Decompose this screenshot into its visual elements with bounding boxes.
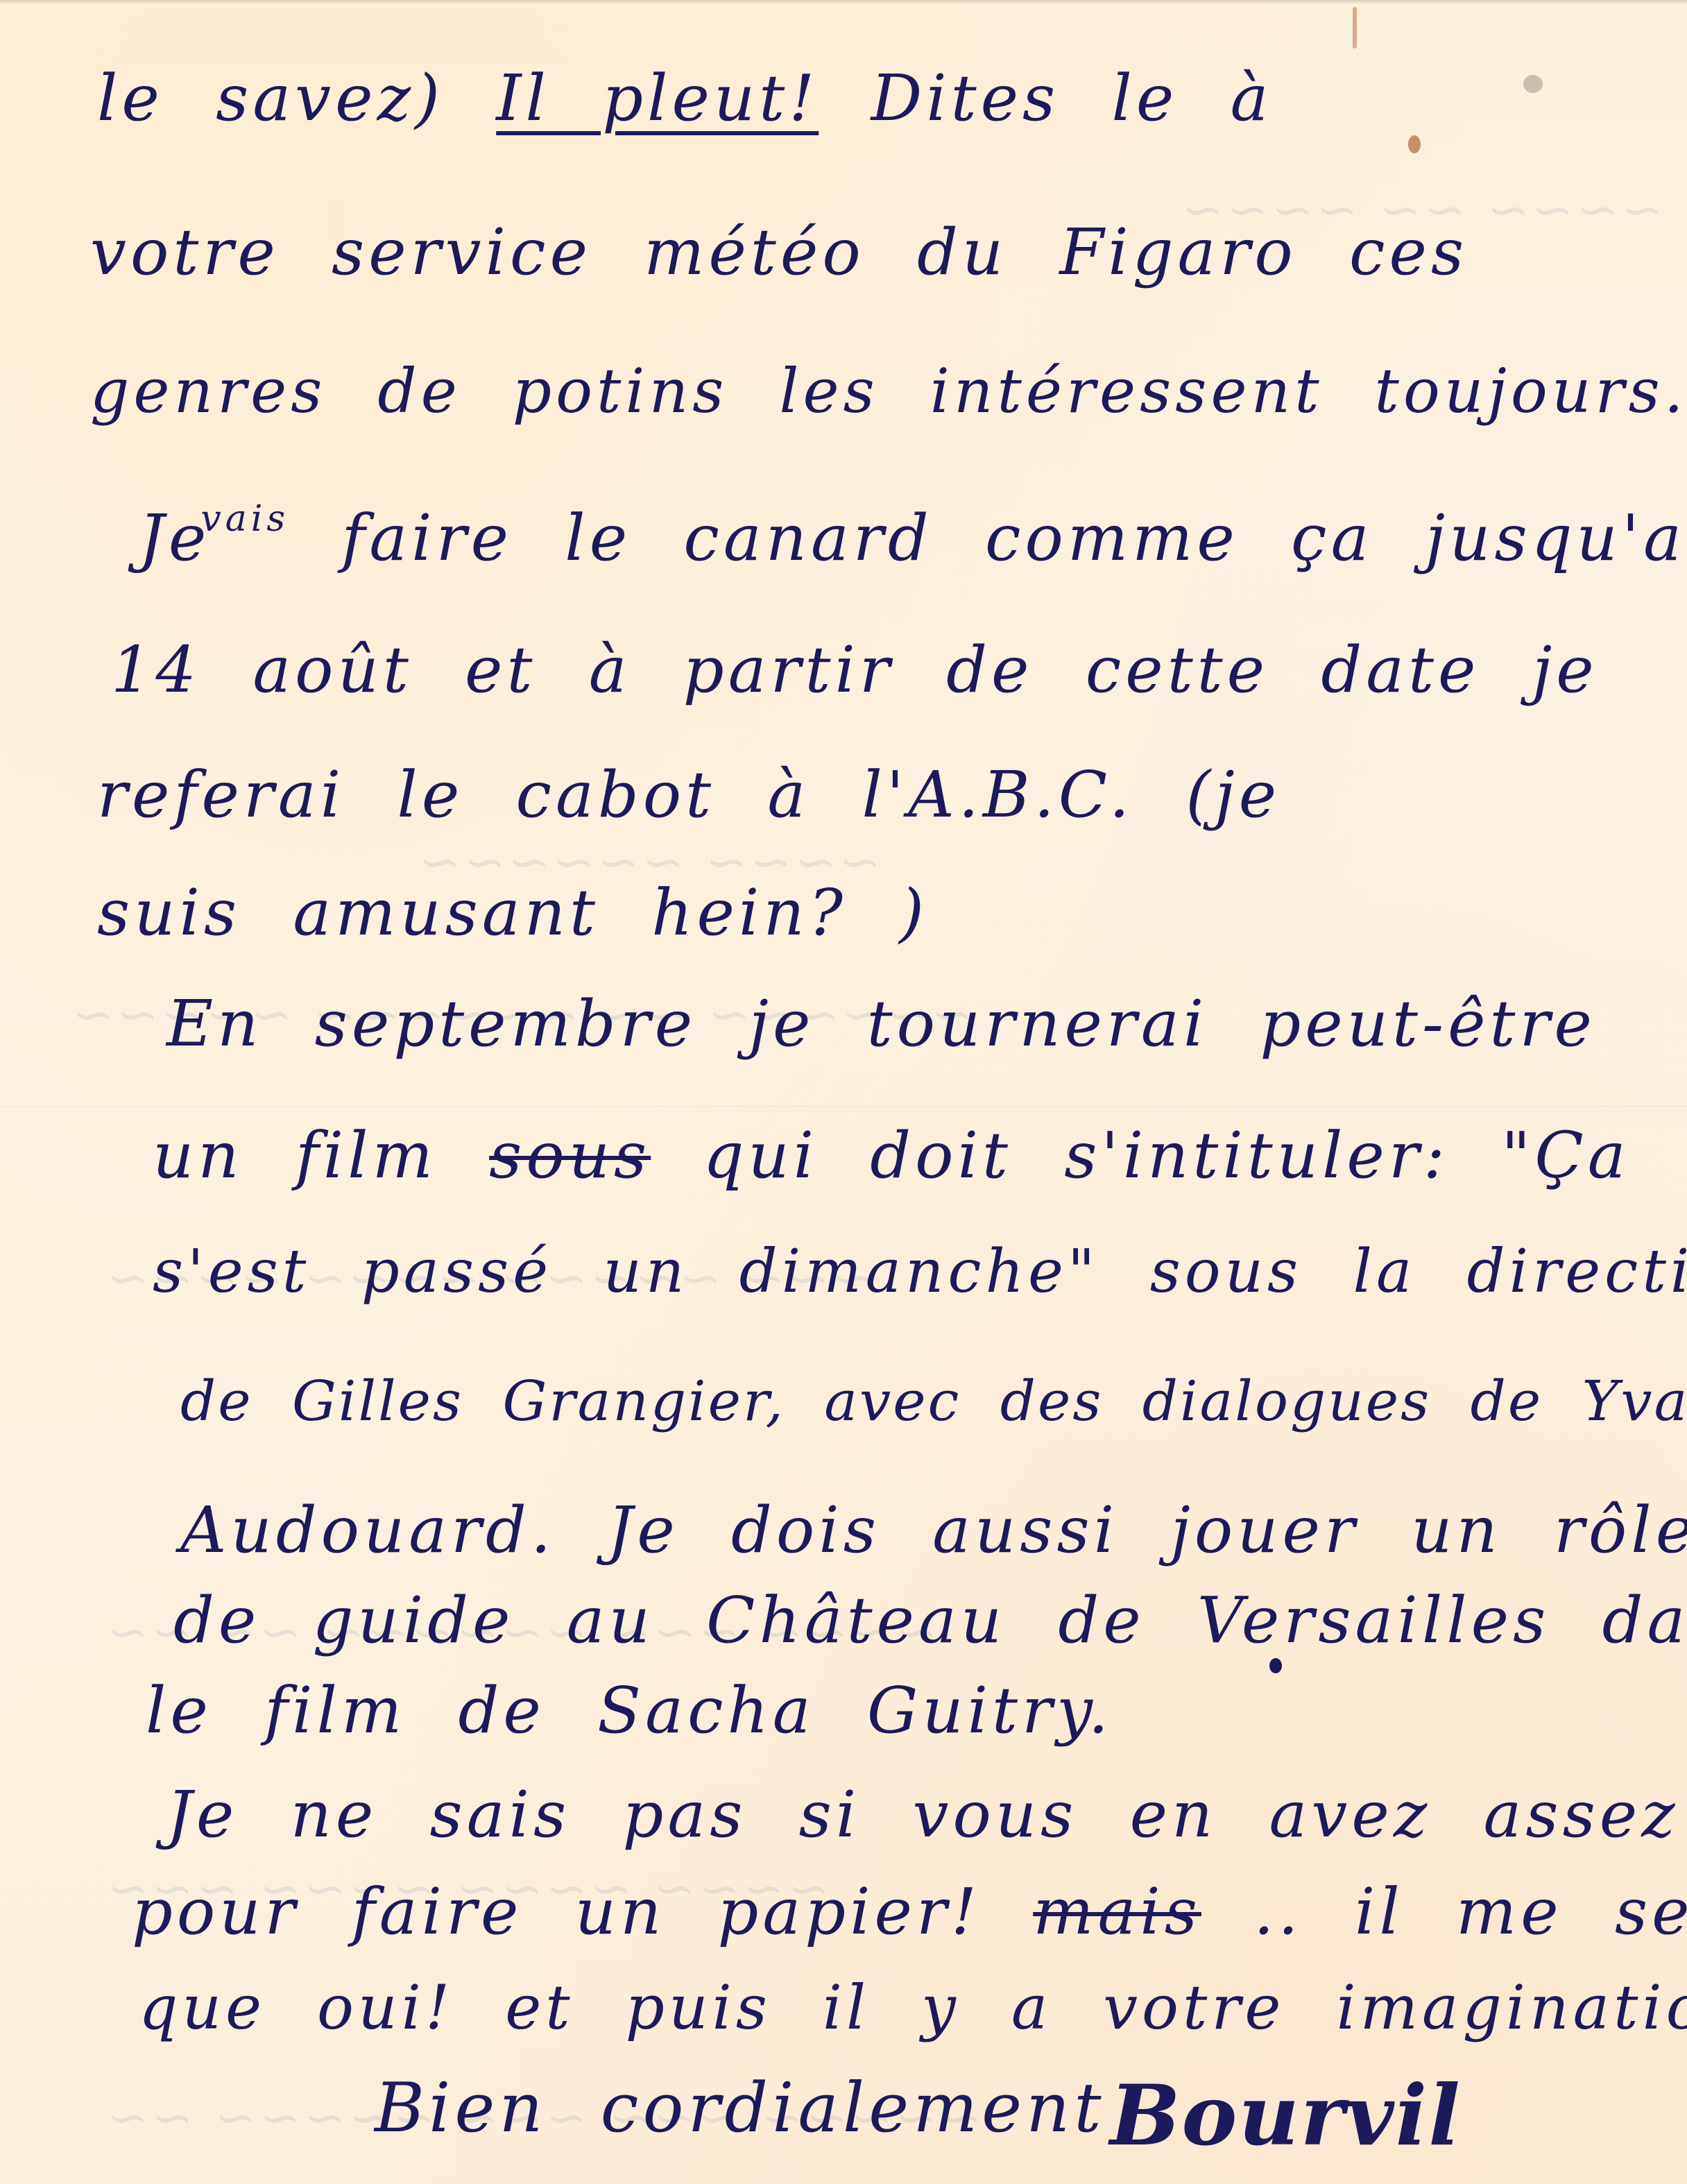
- line-segment: août: [252, 633, 412, 707]
- line-text: genres de potins les intéressent toujour…: [90, 355, 1687, 427]
- rust-spot-stain: [1408, 135, 1421, 153]
- letter-line-3: genres de potins les intéressent toujour…: [90, 361, 1687, 422]
- paper-fold-crease: [0, 1104, 1687, 1107]
- letter-line-9: un film sous qui doit s'intituler: "Ça: [153, 1124, 1630, 1188]
- signature: Bourvil: [1110, 2074, 1462, 2158]
- paper-top-edge: [0, 0, 1687, 4]
- letter-line-16: pour faire un papier! mais .. il me semb…: [132, 1880, 1687, 1944]
- line-text: Audouard. Je dois aussi jouer un rôle: [180, 1493, 1687, 1567]
- line-text: suis amusant hein? ): [97, 876, 928, 950]
- rust-stain: [1353, 7, 1357, 49]
- letter-line-11: de Gilles Grangier, avec des dialogues d…: [180, 1374, 1687, 1429]
- line-segment: et à partir de cette date je: [465, 633, 1598, 707]
- line-text: votre service météo du Figaro ces: [90, 215, 1468, 289]
- letter-line-10: s'est passé un dimanche" sous la directi…: [153, 1242, 1687, 1302]
- ink-blot: [1269, 1658, 1282, 1673]
- line-text: s'est passé un dimanche" sous la directi…: [153, 1237, 1687, 1306]
- struck-word: mais: [1033, 1875, 1201, 1949]
- line-text: En septembre je tournerai peut-être: [166, 987, 1596, 1061]
- signature-text: Bourvil: [1110, 2067, 1462, 2165]
- letter-line-13: de guide au Château de Versailles dans: [173, 1589, 1687, 1653]
- line-segment: Dites le à: [871, 61, 1272, 135]
- struck-word: sous: [489, 1118, 651, 1193]
- letter-line-4: Jevais faire le canard comme ça jusqu'au: [139, 506, 1687, 570]
- letter-line-1: le savez) Il pleut! Dites le à: [97, 67, 1272, 130]
- line-text: faire le canard comme ça jusqu'au: [341, 501, 1687, 575]
- letter-closing: Bien cordialement: [375, 2074, 1106, 2142]
- line-text: Je ne sais pas si vous en avez assez: [166, 1777, 1679, 1852]
- line-segment: le savez): [97, 61, 444, 135]
- letter-line-15: Je ne sais pas si vous en avez assez: [166, 1783, 1679, 1847]
- line-text: le film de Sacha Guitry.: [146, 1673, 1113, 1748]
- grey-spot-stain: [1523, 75, 1543, 93]
- superscript-insertion: vais: [200, 498, 289, 540]
- line-segment: .. il me semble: [1253, 1875, 1687, 1949]
- emphasized-phrase: Il pleut!: [496, 61, 819, 135]
- line-text: que oui! et puis il y a votre imaginatio…: [139, 1972, 1687, 2043]
- letter-line-6: referai le cabot à l'A.B.C. (je: [97, 763, 1281, 827]
- line-prefix: Je: [139, 501, 210, 575]
- letter-page: ~~~~ ~~ ~~~~ ~~~~ ~~~~~~ ~~~~~~ ~~ ~~~~~…: [0, 0, 1687, 2184]
- letter-line-7: suis amusant hein? ): [97, 881, 928, 945]
- letter-line-12: Audouard. Je dois aussi jouer un rôle: [180, 1499, 1687, 1562]
- letter-line-8: En septembre je tournerai peut-être: [166, 992, 1596, 1056]
- closing-text: Bien cordialement: [375, 2069, 1106, 2148]
- letter-line-5: 14 août et à partir de cette date je: [111, 638, 1598, 702]
- line-segment: un film: [153, 1118, 437, 1193]
- line-segment: pour faire un papier!: [132, 1875, 981, 1949]
- line-segment: 14: [111, 633, 200, 707]
- line-text: de Gilles Grangier, avec des dialogues d…: [180, 1369, 1687, 1433]
- letter-line-17: que oui! et puis il y a votre imaginatio…: [139, 1977, 1687, 2038]
- line-text: de guide au Château de Versailles dans: [173, 1583, 1687, 1657]
- letter-line-14: le film de Sacha Guitry.: [146, 1679, 1113, 1743]
- line-segment: qui doit s'intituler: "Ça: [703, 1118, 1629, 1193]
- letter-line-2: votre service météo du Figaro ces: [90, 221, 1468, 284]
- line-text: referai le cabot à l'A.B.C. (je: [97, 758, 1281, 832]
